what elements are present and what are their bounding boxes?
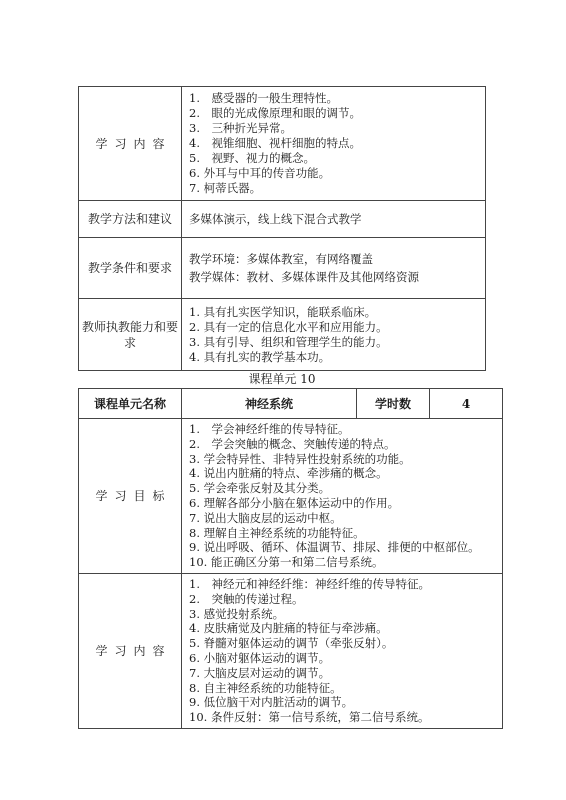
- row-label: 教学方法和建议: [88, 212, 172, 226]
- label-teaching-methods: 教学方法和建议: [79, 201, 182, 238]
- table-row: 学习内容 1. 感受器的一般生理特性。 2. 眼的光成像原理和眼的调节。 3. …: [79, 87, 486, 201]
- unit-name-value-cell: 神经系统: [182, 389, 357, 419]
- content-line: 多媒体演示，线上线下混合式教学: [189, 212, 483, 227]
- content-line: 2. 突触的传递过程。: [189, 592, 500, 607]
- content-line: 4. 说出内脏痛的特点、牵涉痛的概念。: [189, 466, 500, 481]
- content-line: 10. 能正确区分第一和第二信号系统。: [189, 555, 500, 570]
- content-line: 8. 理解自主神经系统的功能特征。: [189, 526, 500, 541]
- label-learning-content: 学习内容: [79, 87, 182, 201]
- row-content-cell: 教学环境：多媒体教室，有网络覆盖 教学媒体：教材、多媒体课件及其他网络资源: [182, 238, 486, 299]
- content-line: 2. 眼的光成像原理和眼的调节。: [189, 106, 483, 121]
- row-label: 学习目标: [88, 489, 171, 503]
- content-line: 6. 外耳与中耳的传音功能。: [189, 166, 483, 181]
- hours-value-cell: 4: [430, 389, 503, 419]
- course-unit-9-table: 学习内容 1. 感受器的一般生理特性。 2. 眼的光成像原理和眼的调节。 3. …: [78, 86, 486, 371]
- content-line: 7. 柯蒂氏器。: [189, 181, 483, 196]
- row-content-cell: 多媒体演示，线上线下混合式教学: [182, 201, 486, 238]
- content-line: 1. 神经元和神经纤维：神经纤维的传导特征。: [189, 577, 500, 592]
- hours-label-cell: 学时数: [357, 389, 430, 419]
- content-line: 6. 小脑对躯体运动的调节。: [189, 651, 500, 666]
- content-line: 2. 学会突触的概念、突触传递的特点。: [189, 437, 500, 452]
- label-teaching-conditions: 教学条件和要求: [79, 238, 182, 299]
- label-learning-objectives: 学习目标: [79, 419, 182, 574]
- table-row: 教师执教能力和要求 1. 具有扎实医学知识，能联系临床。 2. 具有一定的信息化…: [79, 299, 486, 371]
- label-teacher-competence: 教师执教能力和要求: [79, 299, 182, 371]
- content-line: 2. 具有一定的信息化水平和应用能力。: [189, 320, 483, 335]
- content-line: 7. 大脑皮层对运动的调节。: [189, 666, 500, 681]
- label-learning-content: 学习内容: [79, 574, 182, 729]
- table-row: 学习目标 1. 学会神经纤维的传导特征。 2. 学会突触的概念、突触传递的特点。…: [79, 419, 503, 574]
- course-unit-caption: 课程单元 10: [78, 370, 486, 388]
- content-line: 7. 说出大脑皮层的运动中枢。: [189, 511, 500, 526]
- content-line: 5. 视野、视力的概念。: [189, 151, 483, 166]
- content-line: 5. 学会牵张反射及其分类。: [189, 481, 500, 496]
- row-content-cell: 1. 学会神经纤维的传导特征。 2. 学会突触的概念、突触传递的特点。 3. 学…: [182, 419, 503, 574]
- content-line: 3. 学会特异性、非特异性投射系统的功能。: [189, 452, 500, 467]
- content-line: 教学媒体：教材、多媒体课件及其他网络资源: [189, 268, 483, 286]
- unit-name-label-cell: 课程单元名称: [79, 389, 182, 419]
- content-line: 1. 感受器的一般生理特性。: [189, 91, 483, 106]
- table-row: 教学条件和要求 教学环境：多媒体教室，有网络覆盖 教学媒体：教材、多媒体课件及其…: [79, 238, 486, 299]
- content-line: 3. 具有引导、组织和管理学生的能力。: [189, 335, 483, 350]
- content-line: 1. 具有扎实医学知识，能联系临床。: [189, 305, 483, 320]
- row-label: 教师执教能力和要求: [82, 320, 178, 350]
- content-line: 1. 学会神经纤维的传导特征。: [189, 422, 500, 437]
- content-line: 3. 三种折光异常。: [189, 121, 483, 136]
- table-row: 学习内容 1. 神经元和神经纤维：神经纤维的传导特征。 2. 突触的传递过程。 …: [79, 574, 503, 729]
- content-line: 4. 皮肤痛觉及内脏痛的特征与牵涉痛。: [189, 621, 500, 636]
- row-content-cell: 1. 感受器的一般生理特性。 2. 眼的光成像原理和眼的调节。 3. 三种折光异…: [182, 87, 486, 201]
- content-line: 9. 说出呼吸、循环、体温调节、排尿、排便的中枢部位。: [189, 540, 500, 555]
- row-label: 学习内容: [88, 644, 171, 658]
- table-header-row: 课程单元名称 神经系统 学时数 4: [79, 389, 503, 419]
- content-line: 6. 理解各部分小脑在躯体运动中的作用。: [189, 496, 500, 511]
- document-page: 学习内容 1. 感受器的一般生理特性。 2. 眼的光成像原理和眼的调节。 3. …: [0, 0, 566, 800]
- content-line: 3. 感觉投射系统。: [189, 607, 500, 622]
- row-label: 教学条件和要求: [88, 261, 172, 275]
- content-line: 9. 低位脑干对内脏活动的调节。: [189, 695, 500, 710]
- content-line: 10. 条件反射：第一信号系统，第二信号系统。: [189, 710, 500, 725]
- row-label: 学习内容: [88, 137, 171, 151]
- content-line: 5. 脊髓对躯体运动的调节（牵张反射）。: [189, 636, 500, 651]
- row-content-cell: 1. 具有扎实医学知识，能联系临床。 2. 具有一定的信息化水平和应用能力。 3…: [182, 299, 486, 371]
- row-content-cell: 1. 神经元和神经纤维：神经纤维的传导特征。 2. 突触的传递过程。 3. 感觉…: [182, 574, 503, 729]
- content-line: 4. 视锥细胞、视杆细胞的特点。: [189, 136, 483, 151]
- table-row: 教学方法和建议 多媒体演示，线上线下混合式教学: [79, 201, 486, 238]
- content-line: 教学环境：多媒体教室，有网络覆盖: [189, 250, 483, 268]
- content-line: 4. 具有扎实的教学基本功。: [189, 350, 483, 365]
- course-unit-10-table: 课程单元名称 神经系统 学时数 4 学习目标 1. 学会神经纤维的传导特征。 2…: [78, 388, 503, 729]
- content-line: 8. 自主神经系统的功能特征。: [189, 681, 500, 696]
